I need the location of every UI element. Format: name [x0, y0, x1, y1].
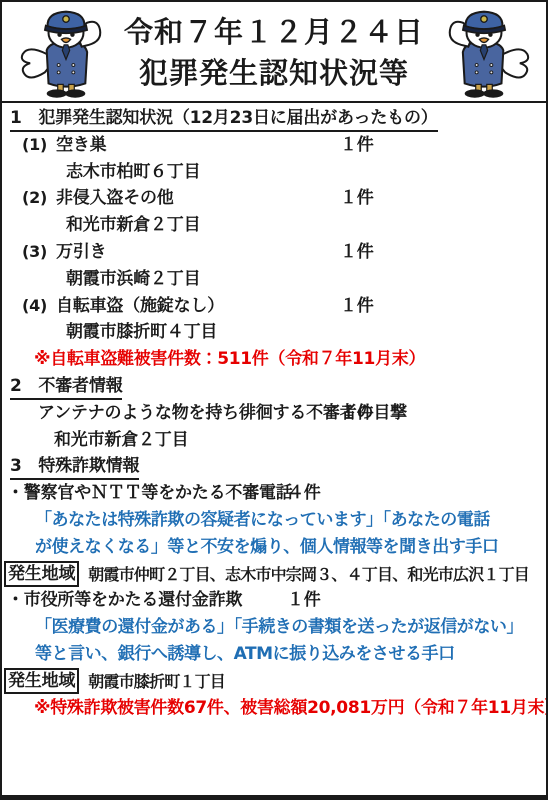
- crime-item-3: (3)万引き １件: [2, 239, 546, 266]
- item-number: (2): [22, 185, 56, 212]
- section1-heading-text: 1 犯罪発生認知状況（12月23日に届出があったもの）: [10, 106, 438, 132]
- fraud-case-1-description-line2: が使えなくなる」等と不安を煽り、個人情報等を聞き出す手口: [2, 534, 546, 561]
- area-list: 朝霞市仲町２丁目、志木市中宗岡３、４丁目、和光市広沢１丁目: [88, 565, 529, 584]
- bulletin-header: 令和７年１２月２４日 犯罪発生認知状況等: [2, 2, 546, 103]
- area-label-badge: 発生地域: [4, 668, 79, 694]
- case-count: １件: [340, 400, 374, 427]
- item-number: (1): [22, 132, 56, 159]
- crime-item-1: (1)空き巣 １件: [2, 132, 546, 159]
- fraud-type: ・警察官やＮＴＴ等をかたる不審電話: [7, 483, 293, 503]
- bicycle-theft-annual-note: ※自転車盗難被害件数：511件（令和７年11月末）: [2, 346, 546, 373]
- section2-heading-text: 2 不審者情報: [10, 374, 122, 400]
- police-bird-mascot-mirrored-icon: [432, 8, 536, 100]
- case-count: １件: [340, 185, 374, 212]
- crime-item-4: (4)自転車盗（施錠なし） １件: [2, 293, 546, 320]
- suspicious-person-address: 和光市新倉２丁目: [2, 427, 546, 454]
- crime-item-2-address: 和光市新倉２丁目: [2, 212, 546, 239]
- fraud-case-1-area: 発生地域朝霞市仲町２丁目、志木市中宗岡３、４丁目、和光市広沢１丁目: [2, 561, 546, 588]
- section3-heading: 3 特殊詐欺情報: [2, 453, 546, 480]
- crime-type: 非侵入盗その他: [56, 188, 174, 208]
- section2-heading: 2 不審者情報: [2, 373, 546, 400]
- fraud-annual-note: ※特殊詐欺被害件数67件、被害総額20,081万円（令和７年11月末）: [2, 695, 546, 722]
- police-crime-bulletin: 令和７年１２月２４日 犯罪発生認知状況等: [0, 0, 548, 800]
- section1-heading: 1 犯罪発生認知状況（12月23日に届出があったもの）: [2, 105, 546, 132]
- bulletin-body: 1 犯罪発生認知状況（12月23日に届出があったもの） (1)空き巣 １件 志木…: [2, 103, 546, 721]
- fraud-type: ・市役所等をかたる還付金詐欺: [7, 590, 242, 610]
- case-count: １件: [340, 239, 374, 266]
- area-list: 朝霞市膝折町１丁目: [88, 672, 225, 691]
- case-count: １件: [340, 132, 374, 159]
- case-count: １件: [340, 293, 374, 320]
- crime-item-1-address: 志木市柏町６丁目: [2, 159, 546, 186]
- section3-heading-text: 3 特殊詐欺情報: [10, 454, 139, 480]
- case-count: １件: [287, 587, 321, 614]
- fraud-case-2: ・市役所等をかたる還付金詐欺 １件: [2, 587, 546, 614]
- crime-type: 空き巣: [56, 135, 106, 155]
- item-number: (3): [22, 239, 56, 266]
- crime-type: 自転車盗（施錠なし）: [56, 296, 224, 316]
- case-count: ４件: [287, 480, 321, 507]
- suspicious-person-report: アンテナのような物を持ち徘徊する不審者の目撃 １件: [2, 400, 546, 427]
- crime-item-3-address: 朝霞市浜崎２丁目: [2, 266, 546, 293]
- item-number: (4): [22, 293, 56, 320]
- crime-item-4-address: 朝霞市膝折町４丁目: [2, 319, 546, 346]
- fraud-case-1-description-line1: 「あなたは特殊詐欺の容疑者になっています」「あなたの電話: [2, 507, 546, 534]
- fraud-case-2-area: 発生地域朝霞市膝折町１丁目: [2, 668, 546, 695]
- crime-type: 万引き: [56, 242, 106, 262]
- crime-item-2: (2)非侵入盗その他 １件: [2, 185, 546, 212]
- fraud-case-2-description-line2: 等と言い、銀行へ誘導し、ATMに振り込みをさせる手口: [2, 641, 546, 668]
- area-label-badge: 発生地域: [4, 561, 79, 587]
- fraud-case-1: ・警察官やＮＴＴ等をかたる不審電話 ４件: [2, 480, 546, 507]
- fraud-case-2-description-line1: 「医療費の還付金がある」「手続きの書類を送ったが返信がない」: [2, 614, 546, 641]
